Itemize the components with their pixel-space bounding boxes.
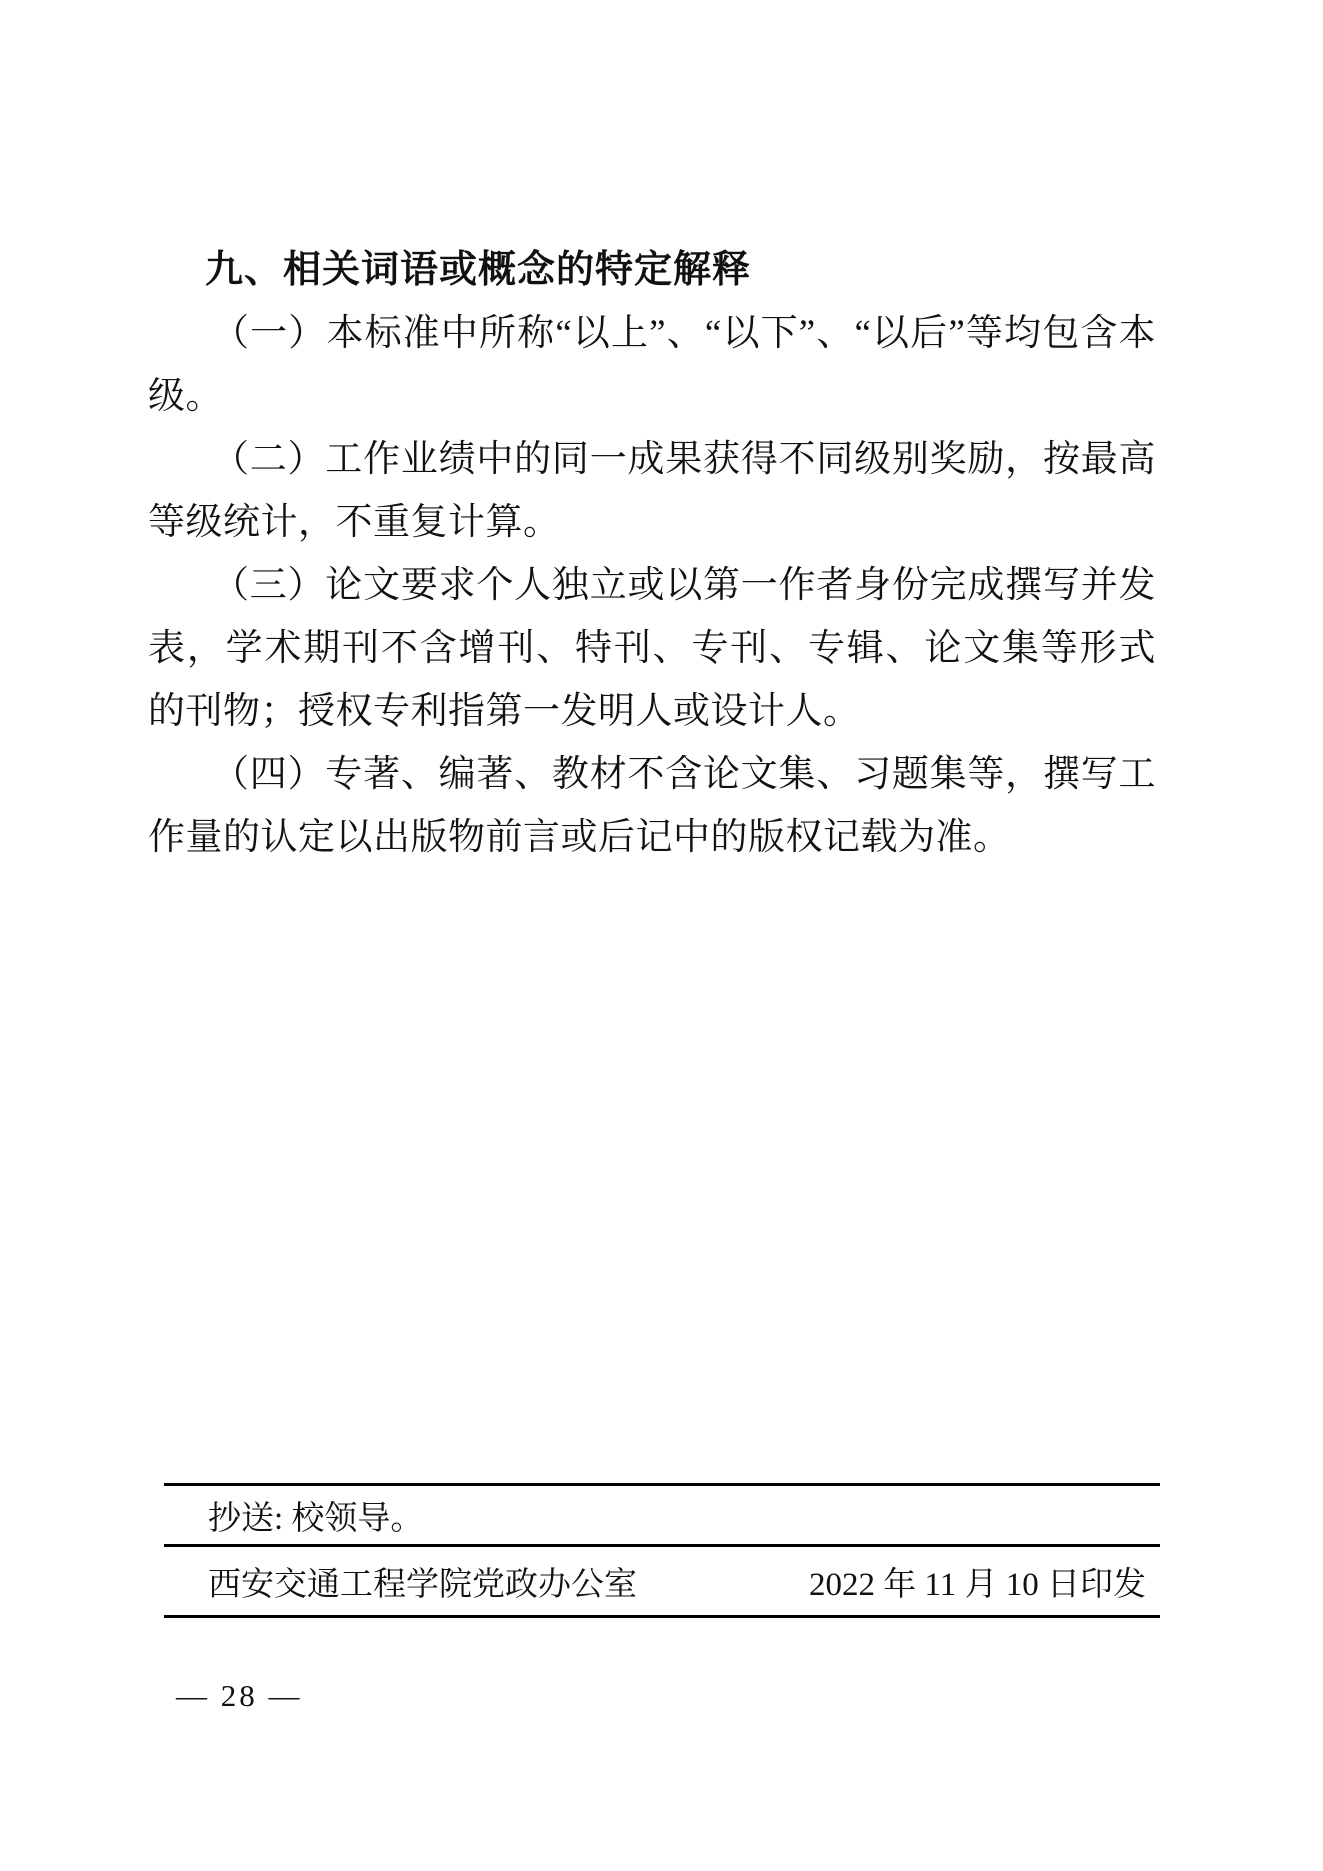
section-heading: 九、相关词语或概念的特定解释 xyxy=(148,239,1156,302)
paragraph-item-4: （四）专著、编著、教材不含论文集、习题集等，撰写工作量的认定以出版物前言或后记中… xyxy=(148,743,1156,869)
issue-date-text: 2022 年 11 月 10 日印发 xyxy=(809,1558,1146,1605)
document-footer: 抄送: 校领导。 西安交通工程学院党政办公室 2022 年 11 月 10 日印… xyxy=(164,1483,1160,1618)
issuer-text: 西安交通工程学院党政办公室 xyxy=(208,1558,637,1605)
cc-text: 抄送: 校领导。 xyxy=(208,1492,423,1539)
paragraph-item-3: （三）论文要求个人独立或以第一作者身份完成撰写并发表，学术期刊不含增刊、特刊、专… xyxy=(148,554,1156,743)
cc-row: 抄送: 校领导。 xyxy=(164,1486,1160,1547)
document-body: 九、相关词语或概念的特定解释 （一）本标准中所称“以上”、“以下”、“以后”等均… xyxy=(148,239,1156,869)
issue-row: 西安交通工程学院党政办公室 2022 年 11 月 10 日印发 xyxy=(164,1547,1160,1615)
page-number: — 28 — xyxy=(176,1678,303,1714)
document-page: 九、相关词语或概念的特定解释 （一）本标准中所称“以上”、“以下”、“以后”等均… xyxy=(0,0,1323,1871)
paragraph-item-1: （一）本标准中所称“以上”、“以下”、“以后”等均包含本级。 xyxy=(148,302,1156,428)
paragraph-item-2: （二）工作业绩中的同一成果获得不同级别奖励，按最高等级统计，不重复计算。 xyxy=(148,428,1156,554)
